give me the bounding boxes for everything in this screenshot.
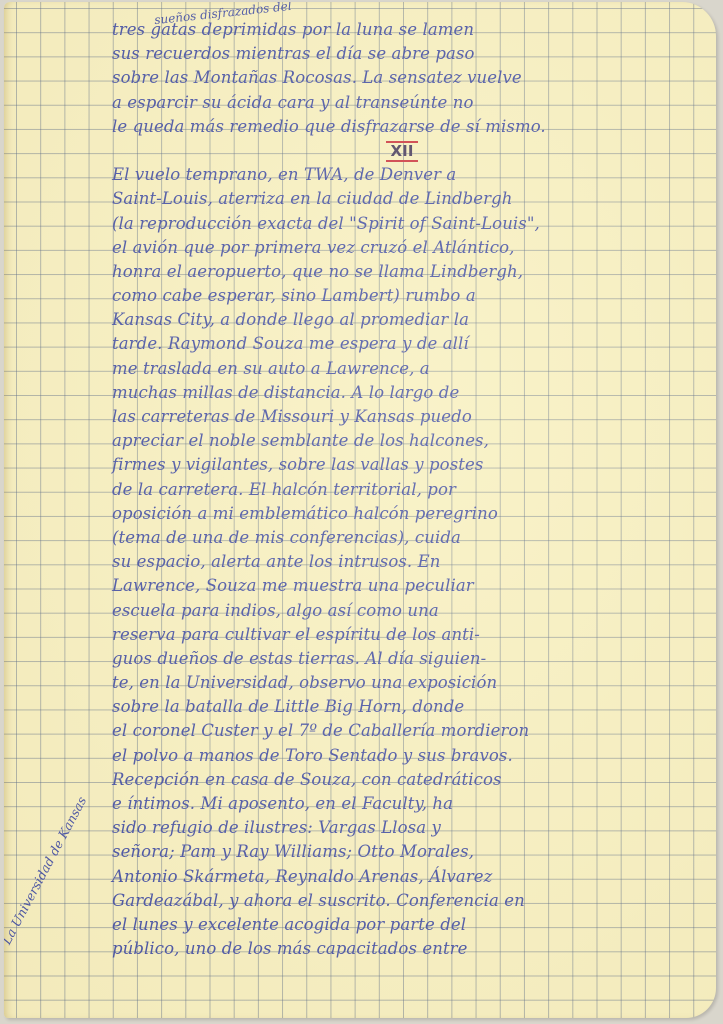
text-line: Antonio Skármeta, Reynaldo Arenas, Álvar… — [112, 865, 712, 889]
text-line: Saint-Louis, aterriza en la ciudad de Li… — [112, 187, 712, 211]
text-line: sobre la batalla de Little Big Horn, don… — [112, 695, 712, 719]
text-line: escuela para indios, algo así como una — [112, 599, 712, 623]
text-line: su espacio, alerta ante los intrusos. En — [112, 550, 712, 574]
text-line: público, uno de los más capacitados entr… — [112, 937, 712, 961]
text-line: Gardeazábal, y ahora el suscrito. Confer… — [112, 889, 712, 913]
text-line: le queda más remedio que disfrazarse de … — [112, 115, 712, 139]
text-line: me traslada en su auto a Lawrence, a — [112, 357, 712, 381]
text-line: Kansas City, a donde llego al promediar … — [112, 308, 712, 332]
text-line: a esparcir su ácida cara y al transeúnte… — [112, 91, 712, 115]
text-line: muchas millas de distancia. A lo largo d… — [112, 381, 712, 405]
text-line: El vuelo temprano, en TWA, de Denver a — [112, 163, 712, 187]
text-line: oposición a mi emblemático halcón peregr… — [112, 502, 712, 526]
text-line: el lunes y excelente acogida por parte d… — [112, 913, 712, 937]
text-line: el avión que por primera vez cruzó el At… — [112, 236, 712, 260]
text-line: tarde. Raymond Souza me espera y de allí — [112, 332, 712, 356]
text-line: reserva para cultivar el espíritu de los… — [112, 623, 712, 647]
text-line: señora; Pam y Ray Williams; Otto Morales… — [112, 840, 712, 864]
text-line: sobre las Montañas Rocosas. La sensatez … — [112, 66, 712, 90]
text-line: Lawrence, Souza me muestra una peculiar — [112, 574, 712, 598]
text-line: sido refugio de ilustres: Vargas Llosa y — [112, 816, 712, 840]
text-line: firmes y vigilantes, sobre las vallas y … — [112, 453, 712, 477]
notebook-page: sueños disfrazados del tres gatas deprim… — [4, 2, 716, 1018]
text-line: tres gatas deprimidas por la luna se lam… — [112, 18, 712, 42]
text-line: el polvo a manos de Toro Sentado y sus b… — [112, 744, 712, 768]
text-line: honra el aeropuerto, que no se llama Lin… — [112, 260, 712, 284]
text-line: de la carretera. El halcón territorial, … — [112, 478, 712, 502]
text-line: te, en la Universidad, observo una expos… — [112, 671, 712, 695]
handwritten-text: tres gatas deprimidas por la luna se lam… — [112, 18, 712, 961]
text-line: apreciar el noble semblante de los halco… — [112, 429, 712, 453]
text-line: el coronel Custer y el 7º de Caballería … — [112, 719, 712, 743]
text-line: guos dueños de estas tierras. Al día sig… — [112, 647, 712, 671]
margin-note: La Universidad de Kansas — [4, 869, 49, 947]
text-line: como cabe esperar, sino Lambert) rumbo a — [112, 284, 712, 308]
chapter-heading-row: XII — [112, 139, 712, 163]
chapter-heading: XII — [386, 141, 417, 162]
text-line: Recepción en casa de Souza, con catedrát… — [112, 768, 712, 792]
text-line: las carreteras de Missouri y Kansas pued… — [112, 405, 712, 429]
text-line: (tema de una de mis conferencias), cuida — [112, 526, 712, 550]
text-line: (la reproducción exacta del "Spirit of S… — [112, 212, 712, 236]
text-line: sus recuerdos mientras el día se abre pa… — [112, 42, 712, 66]
text-line: e íntimos. Mi aposento, en el Faculty, h… — [112, 792, 712, 816]
